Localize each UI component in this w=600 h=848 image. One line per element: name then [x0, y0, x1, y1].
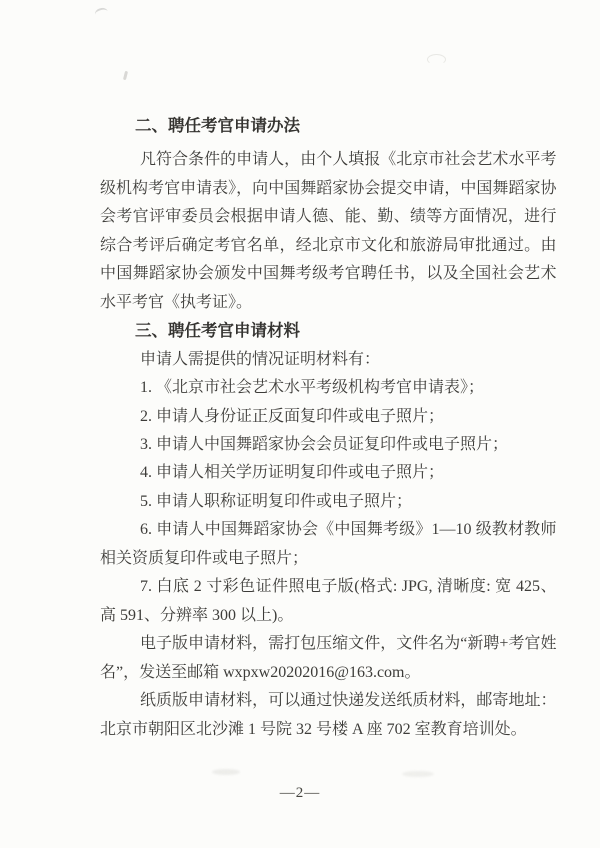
paragraph-application-procedure: 凡符合条件的申请人，由个人填报《北京市社会艺术水平考级机构考官申请表》，向中国舞… [100, 146, 557, 317]
paragraph-electronic-materials: 电子版申请材料，需打包压缩文件，文件名为“新聘+考官姓名”，发送至邮箱 wxpx… [100, 630, 557, 687]
section-heading-3: 三、聘任考官申请材料 [100, 317, 557, 345]
list-item-6: 6. 申请人中国舞蹈家协会《中国舞考级》1—10 级教材教师相关资质复印件或电子… [100, 516, 557, 573]
scan-artifact [212, 769, 240, 775]
list-item-7: 7. 白底 2 寸彩色证件照电子版(格式: JPG, 清晰度: 宽 425、高 … [100, 573, 557, 630]
scan-artifact [123, 71, 128, 80]
scan-artifact [402, 771, 434, 777]
list-item-3: 3. 申请人中国舞蹈家协会会员证复印件或电子照片； [100, 431, 557, 459]
scan-artifact [94, 7, 109, 20]
list-item-4: 4. 申请人相关学历证明复印件或电子照片； [100, 459, 557, 487]
paragraph-materials-intro: 申请人需提供的情况证明材料有： [100, 346, 557, 374]
list-item-1: 1. 《北京市社会艺术水平考级机构考官申请表》； [100, 374, 557, 402]
document-body: 二、聘任考官申请办法 凡符合条件的申请人，由个人填报《北京市社会艺术水平考级机构… [100, 112, 557, 744]
scanned-document-page: 二、聘任考官申请办法 凡符合条件的申请人，由个人填报《北京市社会艺术水平考级机构… [0, 0, 600, 848]
list-item-5: 5. 申请人职称证明复印件或电子照片； [100, 488, 557, 516]
page-number: —2— [0, 779, 600, 807]
scan-artifact [427, 54, 446, 65]
section-heading-2: 二、聘任考官申请办法 [100, 112, 557, 140]
list-item-2: 2. 申请人身份证正反面复印件或电子照片； [100, 403, 557, 431]
paragraph-paper-materials: 纸质版申请材料，可以通过快递发送纸质材料，邮寄地址：北京市朝阳区北沙滩 1 号院… [100, 687, 557, 744]
